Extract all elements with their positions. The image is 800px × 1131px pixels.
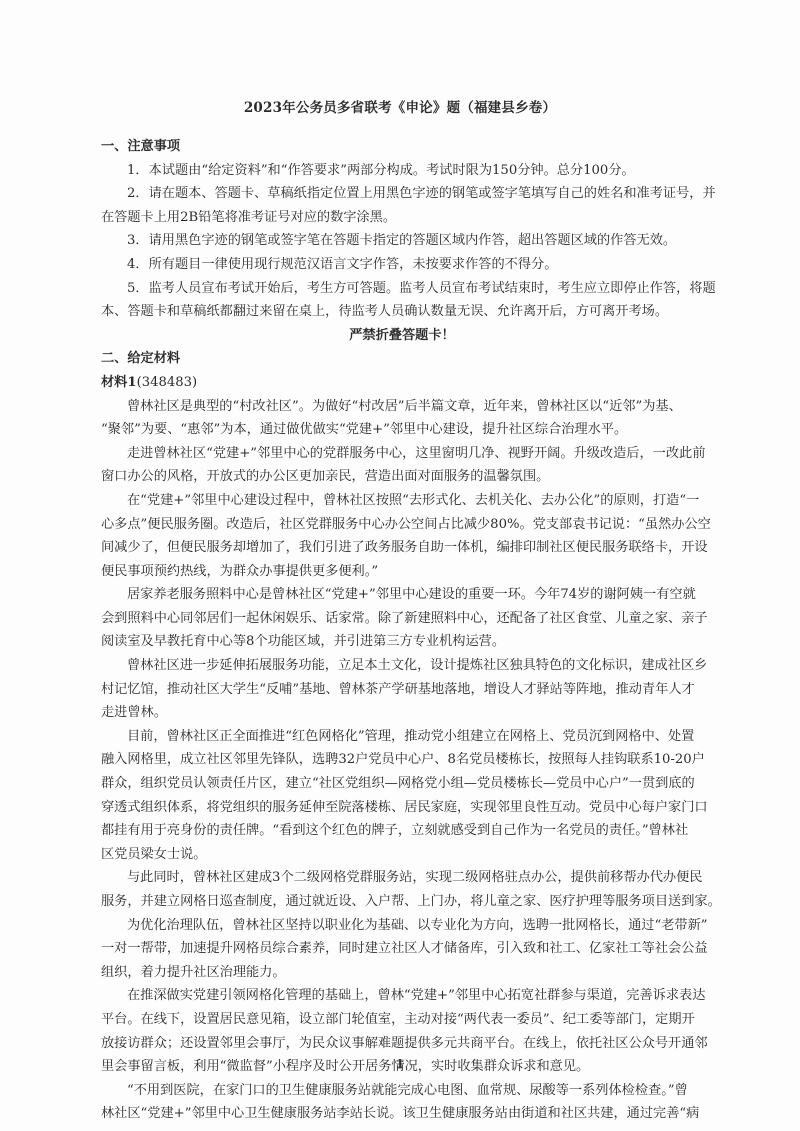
paragraph-line: 曾林社区是典型的“村改社区”。为做好“村改居”后半篇文章，近年来，曾林社区以“近… <box>101 395 703 419</box>
note-line: 3．请用黑色字迹的钢笔或签字笔在答题卡指定的答题区域内作答，超出答题区域的作答无… <box>101 229 703 253</box>
note-line: 2．请在题本、答题卡、草稿纸指定位置上用黑色字迹的钢笔或签字笔填写自己的姓名和准… <box>101 182 703 206</box>
document-title: 2023年公务员多省联考《申论》题（福建县乡卷） <box>0 96 800 116</box>
paragraph-line: 目前，曾林社区正全面推进“红色网格化”管理，推动党小组建立在网格上、党员沉到网格… <box>101 725 703 749</box>
section-heading-materials: 二、给定材料 <box>101 347 703 371</box>
paragraph-line: 在“党建+”邻里中心建设过程中，曾林社区按照“去形式化、去机关化、去办公化”的原… <box>101 489 703 513</box>
paragraph-line: 与此同时，曾林社区建成3个二级网格党群服务站，实现二级网格驻点办公，提供前移帮办… <box>101 866 703 890</box>
paragraph-line: 为优化治理队伍，曾林社区坚持以职业化为基础、以专业化为方向，选聘一批网格长，通过… <box>101 914 703 938</box>
note-line: 5．监考人员宣布考试开始后，考生方可答题。监考人员宣布考试结束时，考生应立即停止… <box>101 277 703 301</box>
paragraph-line: 放接访群众；还设置邻里会事厅，为民众议事解难题提供多元共商平台。在线上，依托社区… <box>101 1032 703 1056</box>
paragraph-line: 村记忆馆，推动社区大学生“反哺”基地、曾林茶产学研基地落地，增设人才驿站等阵地，… <box>101 678 703 702</box>
paragraph-line: 曾林社区进一步延伸拓展服务功能，立足本土文化，设计提炼社区独具特色的文化标识，建… <box>101 654 703 678</box>
paragraph-line: 间减少了，但便民服务却增加了，我们引进了政务服务自助一体机，编排印制社区便民服务… <box>101 536 703 560</box>
paragraph-line: 窗口办公的风格，开放式的办公区更加亲民，营造出面对面服务的温馨氛围。 <box>101 465 703 489</box>
document-body: 一、注意事项 1．本试题由“给定资料”和“作答要求”两部分构成。考试时限为150… <box>101 135 703 1126</box>
paragraph-line: 走进曾林社区“党建+”邻里中心的党群服务中心，这里窗明几净、视野开阔。升级改造后… <box>101 442 703 466</box>
note-line: 本、答题卡和草稿纸都翻过来留在桌上，待监考人员确认数量无误、允许离开后，方可离开… <box>101 300 703 324</box>
paragraph-line: 走进曾林。 <box>101 701 703 725</box>
paragraph-line: 在推深做实党建引领网格化管理的基础上，曾林“党建+”邻里中心拓宽社群参与渠道，完… <box>101 984 703 1008</box>
material-label: 材料1 <box>101 375 137 390</box>
paragraph-line: “不用到医院，在家门口的卫生健康服务站就能完成心电图、血常规、尿酸等一系列体检检… <box>101 1079 703 1103</box>
paragraph-line: 阅读室及早教托育中心等8个功能区域，并引进第三方专业机构运营。 <box>101 630 703 654</box>
page-number: 1 <box>0 1057 800 1071</box>
paragraph-line: 心多点”便民服务圈。改造后，社区党群服务中心办公空间占比减少80%。党支部袁书记… <box>101 513 703 537</box>
paragraph-line: 林社区“党建+”邻里中心卫生健康服务站李站长说。该卫生健康服务站由街道和社区共建… <box>101 1102 703 1126</box>
paragraph-line: 居家养老服务照料中心是曾林社区“党建+”邻里中心建设的重要一环。今年74岁的谢阿… <box>101 583 703 607</box>
paragraph-line: 穿透式组织体系，将党组织的服务延伸至院落楼栋、居民家庭，实现邻里良性互动。党员中… <box>101 796 703 820</box>
paragraph-line: 群众，组织党员认领责任片区，建立“社区党组织—网格党小组—党员楼栋长—党员中心户… <box>101 772 703 796</box>
warning-notice: 严禁折叠答题卡！ <box>101 324 703 348</box>
paragraph-line: 平台。在线下，设置居民意见箱，设立部门轮值室，主动对接“两代表一委员”、纪工委等… <box>101 1008 703 1032</box>
paragraph-line: 便民事项预约热线，为群众办事提供更多便利。” <box>101 560 703 584</box>
material-label-row: 材料1(348483) <box>101 371 703 395</box>
paragraph-line: 一对一帮带，加速提升网格员综合素养，同时建立社区人才储备库，引入致和社工、亿家社… <box>101 937 703 961</box>
paragraph-line: 会到照料中心同邻居们一起休闲娱乐、话家常。除了新建照料中心，还配备了社区食堂、儿… <box>101 607 703 631</box>
paragraph-line: 都挂有用于亮身份的责任牌。“看到这个红色的牌子，立刻就感受到自己作为一名党员的责… <box>101 819 703 843</box>
paragraph-line: 区党员梁女士说。 <box>101 843 703 867</box>
paragraph-line: “聚邻”为要、“惠邻”为本，通过做优做实“党建+”邻里中心建设，提升社区综合治理… <box>101 418 703 442</box>
note-line: 1．本试题由“给定资料”和“作答要求”两部分构成。考试时限为150分钟。总分10… <box>101 159 703 183</box>
document-page: 2023年公务员多省联考《申论》题（福建县乡卷） 一、注意事项 1．本试题由“给… <box>0 0 800 1131</box>
paragraph-line: 服务，并建立网格日巡查制度，通过就近设、入户帮、上门办，将儿童之家、医疗护理等服… <box>101 890 703 914</box>
paragraph-line: 组织，着力提升社区治理能力。 <box>101 961 703 985</box>
note-line: 在答题卡上用2B铅笔将准考证号对应的数字涂黑。 <box>101 206 703 230</box>
section-heading-notes: 一、注意事项 <box>101 135 703 159</box>
paragraph-line: 融入网格里，成立社区邻里先锋队，选聘32户党员中心户、8名党员楼栋长，按照每人挂… <box>101 748 703 772</box>
material-ref: (348483) <box>137 375 198 390</box>
note-line: 4．所有题目一律使用现行规范汉语言文字作答，未按要求作答的不得分。 <box>101 253 703 277</box>
